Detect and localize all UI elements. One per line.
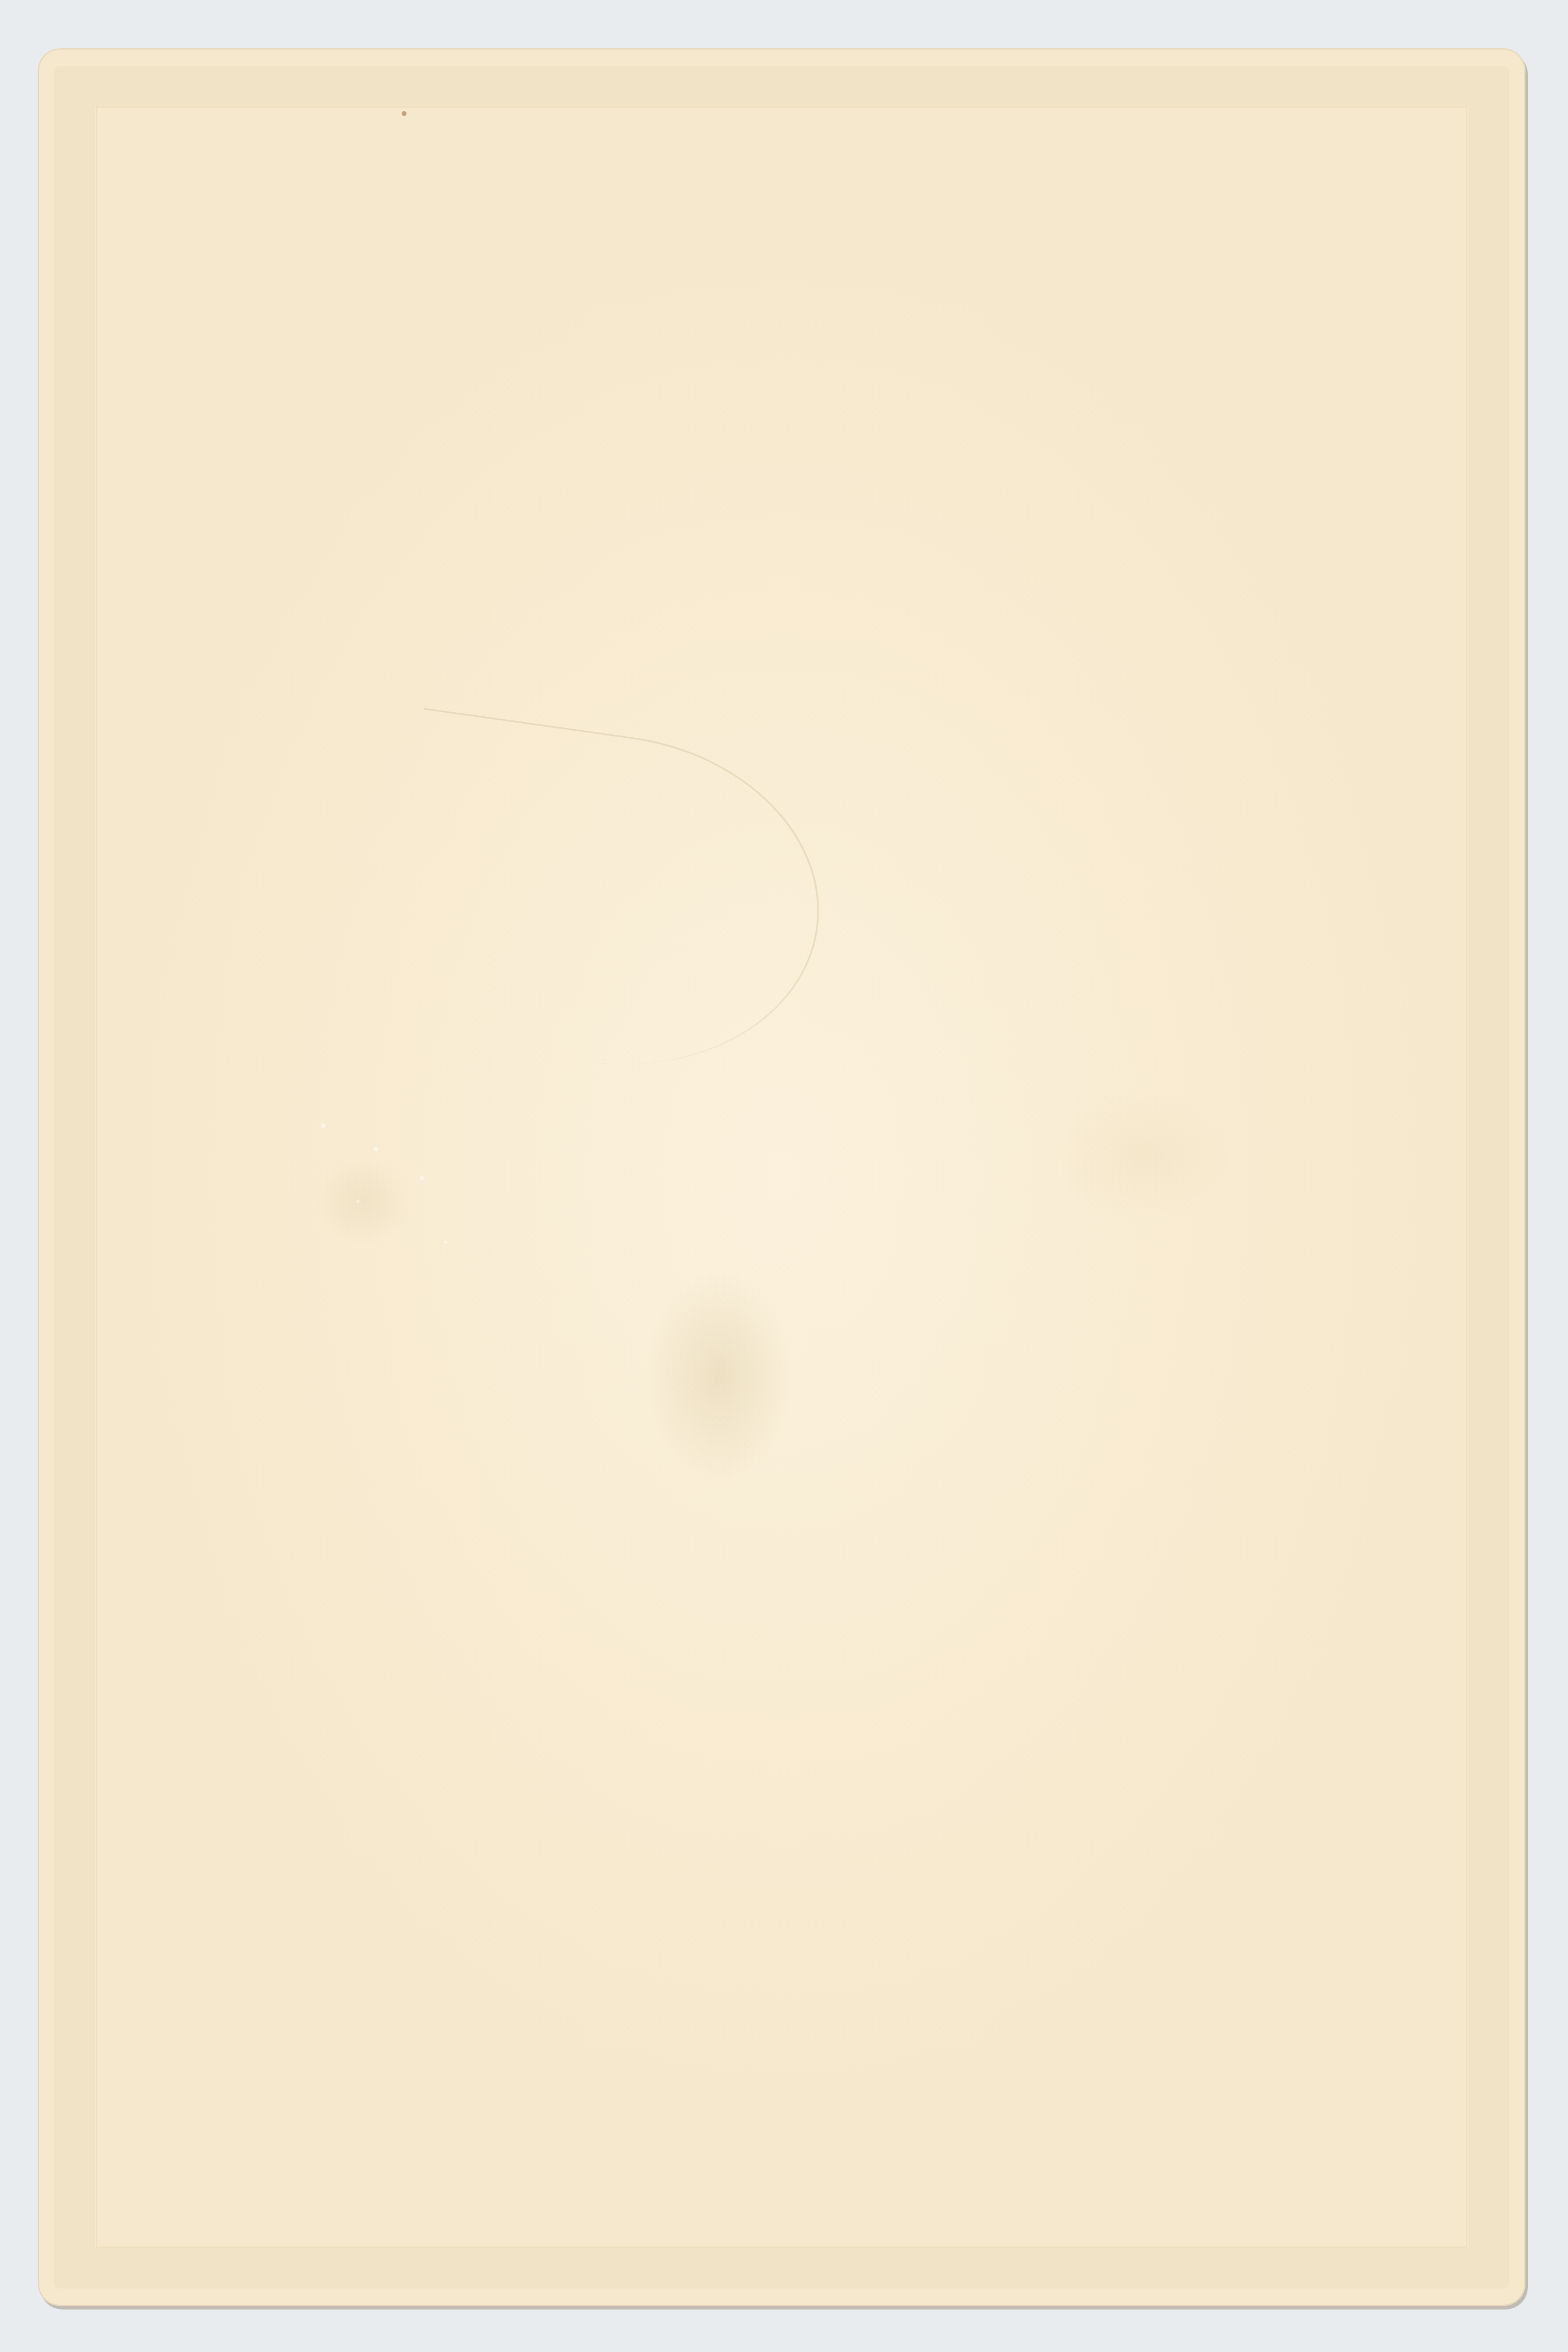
surface-abrasion <box>306 1114 469 1300</box>
inner-rule-line <box>96 107 1467 2248</box>
offset-imprint <box>38 2114 1525 2230</box>
cabinet-card-back <box>38 48 1525 2306</box>
foxing-speck <box>402 111 406 116</box>
